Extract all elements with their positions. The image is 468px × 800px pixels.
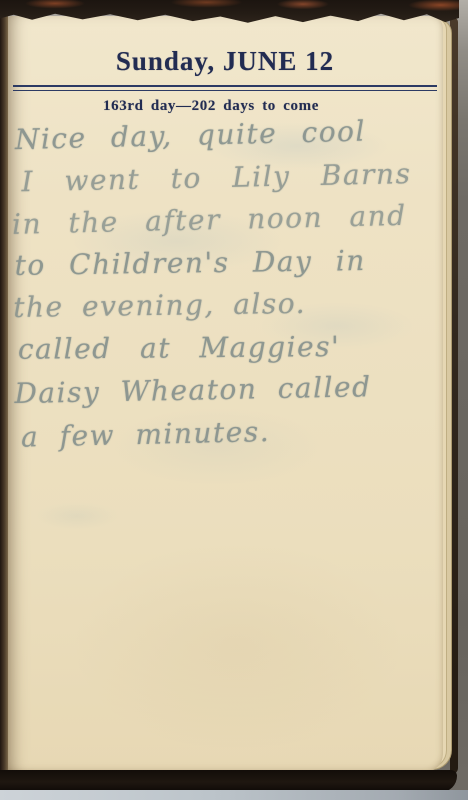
diary-page: Sunday, JUNE 12 163rd day—202 days to co… — [7, 16, 443, 772]
scanner-bed-strip — [0, 790, 468, 800]
page-header: Sunday, JUNE 12 163rd day—202 days to co… — [7, 46, 443, 115]
handwritten-line: the evening, also. — [11, 285, 440, 333]
binding-gutter-shadow — [0, 14, 8, 774]
book-cover-bottom-edge — [0, 770, 457, 792]
scanned-diary-photo: Sunday, JUNE 12 163rd day—202 days to co… — [0, 0, 468, 800]
header-divider — [13, 85, 437, 91]
diary-entry: Nice day, quite cool I went to Lily Barn… — [9, 115, 442, 461]
handwritten-line: called at Maggies' — [12, 329, 440, 375]
day-counter: 163rd day—202 days to come — [0, 98, 429, 115]
page-title: Sunday, JUNE 12 — [7, 46, 443, 77]
handwritten-line: to Children's Day in — [10, 243, 439, 291]
handwritten-line: a few minutes. — [13, 411, 442, 463]
